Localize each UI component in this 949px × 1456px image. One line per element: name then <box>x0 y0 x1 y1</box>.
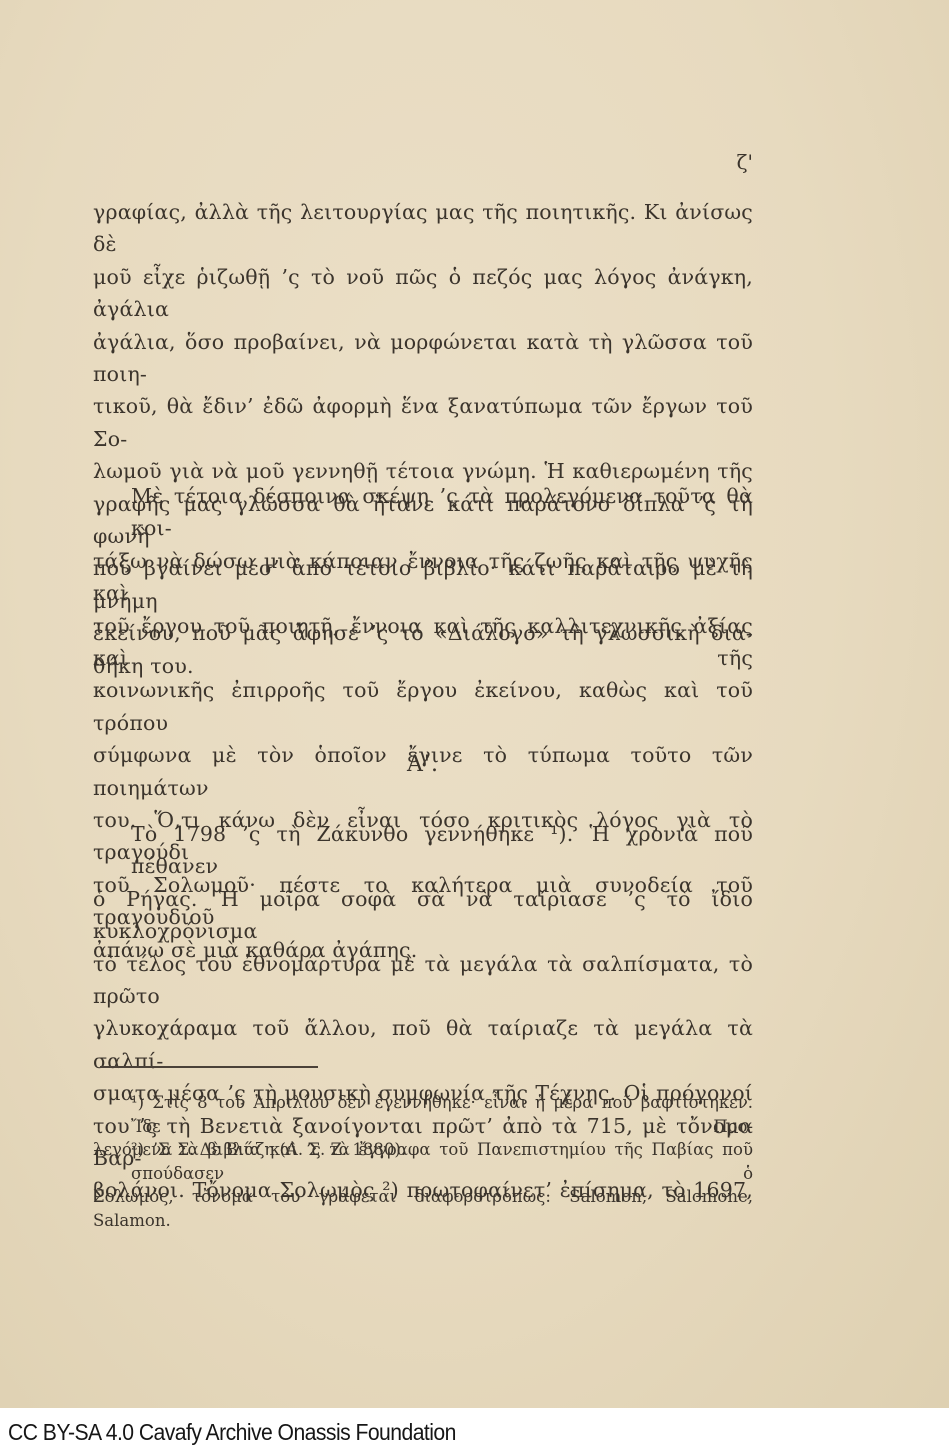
text-line: μοῦ εἶχε ῥιζωθῇ ’ς τὸ νοῦ πῶς ὁ πεζός μα… <box>93 261 753 326</box>
scanned-book-page: ζ' γραφίας, ἀλλὰ τῆς λειτουργίας μας τῆς… <box>0 0 949 1456</box>
license-attribution-text: CC BY-SA 4.0 Cavafy Archive Onassis Foun… <box>8 1419 456 1446</box>
text-line: ἀγάλια, ὅσο προβαίνει, νὰ μορφώνεται κατ… <box>93 326 753 391</box>
text-line: Σολωμός, τὄνομά του γράφεται διαφοροτρόπ… <box>93 1185 753 1232</box>
text-line: ¹) Στὶς 8 τοῦ Ἀπριλίου δὲν ἐγεννήθηκε· ε… <box>93 1091 753 1138</box>
text-line: ²) ’Σ τὰ βιβλία καὶ ’ς τὰ ἔγγραφα τοῦ Πα… <box>93 1138 753 1185</box>
text-line: ὁ Ρήγας. Ἡ μοῖρα σοφὰ σὰ νὰ ταίριασε ’ς … <box>93 883 753 948</box>
text-line: τὸ τέλος τοῦ ἐθνομάρτυρα μὲ τὰ μεγάλα τὰ… <box>93 948 753 1013</box>
text-line: τικοῦ, θὰ ἔδιν’ ἐδῶ ἀφορμὴ ἕνα ξανατύπωμ… <box>93 390 753 455</box>
section-heading: Α'. <box>93 752 753 777</box>
paper-background: ζ' γραφίας, ἀλλὰ τῆς λειτουργίας μας τῆς… <box>0 0 949 1408</box>
text-line: Τὸ 1798 ’ς τὴ Ζάκυνθο γεννήθηκε ¹). Ἡ χρ… <box>93 818 753 883</box>
text-line: τάξω νὰ δώσω μιὰ κάποιαν ἔννοια τῆς ζωῆς… <box>93 545 753 610</box>
page-number: ζ' <box>93 150 753 174</box>
text-line: κοινωνικῆς ἐπιρροῆς τοῦ ἔργου ἐκείνου, κ… <box>93 674 753 739</box>
footnote-separator-rule <box>100 1066 318 1068</box>
text-line: Μὲ τέτοια δέσποινα σκέψη ’ς τὰ προλεγόμε… <box>93 480 753 545</box>
license-strip: CC BY-SA 4.0 Cavafy Archive Onassis Foun… <box>0 1408 949 1456</box>
footnote-2: ²) ’Σ τὰ βιβλία καὶ ’ς τὰ ἔγγραφα τοῦ Πα… <box>93 1138 753 1232</box>
text-line: γραφίας, ἀλλὰ τῆς λειτουργίας μας τῆς πο… <box>93 196 753 261</box>
text-line: τοῦ ἔργου τοῦ ποιητῆ, ἔννοια καὶ τῆς καλ… <box>93 610 753 675</box>
